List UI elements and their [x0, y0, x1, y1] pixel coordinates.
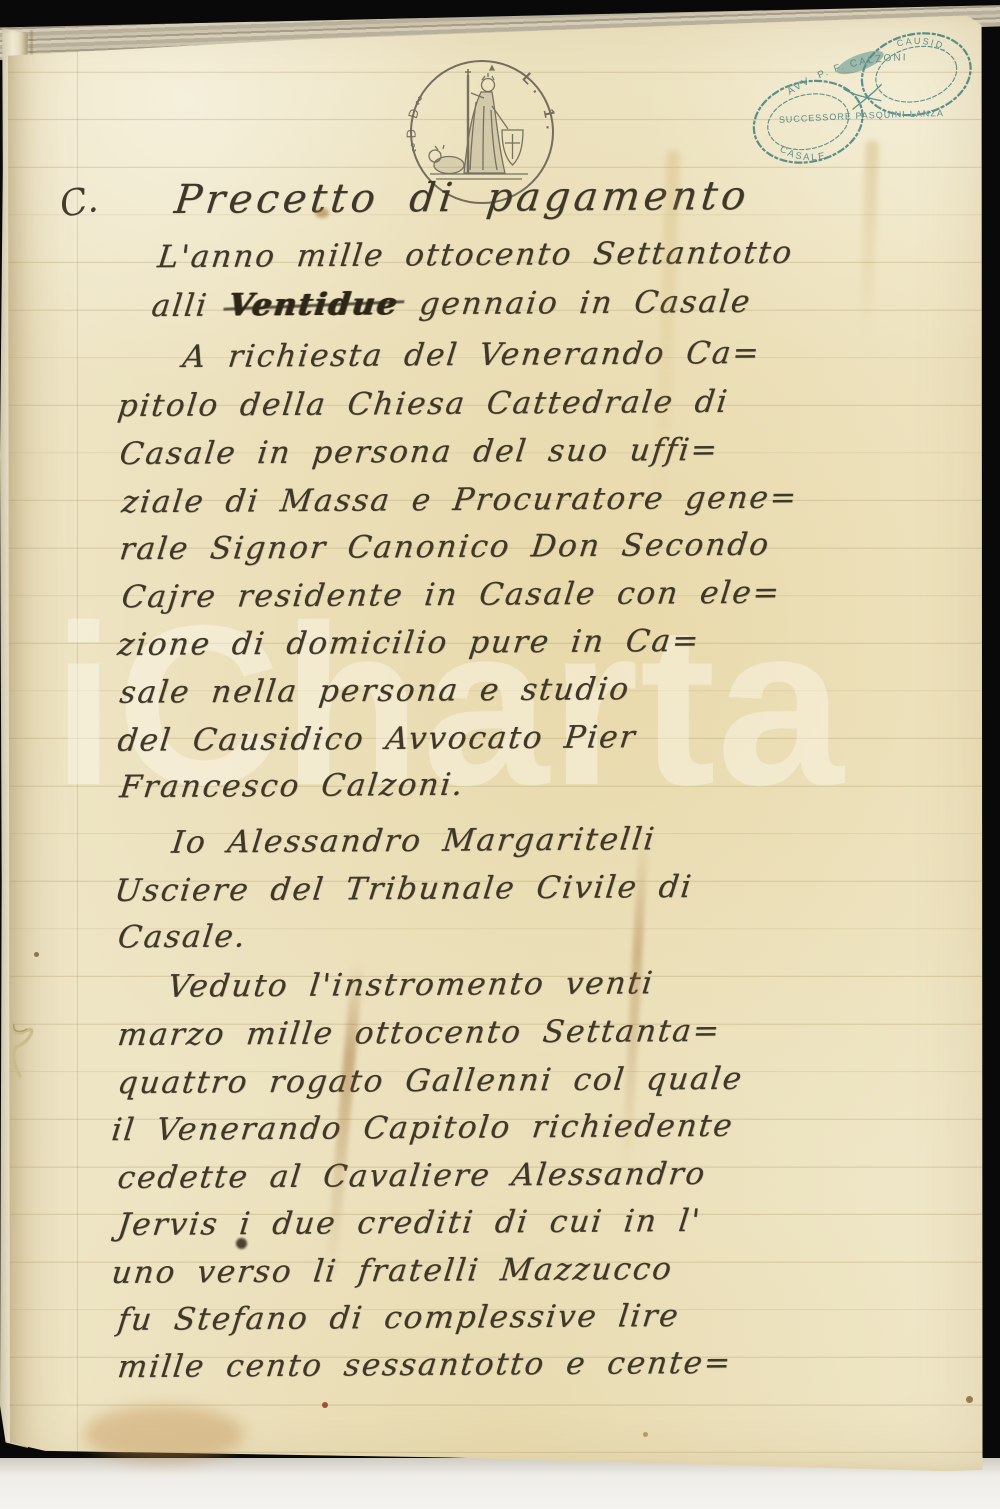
manuscript-line: quattro rogato Gallenni col quale	[116, 1064, 745, 1099]
manuscript-line: il Venerando Capitolo richiedente	[110, 1111, 735, 1146]
manuscript-line: ziale di Massa e Procuratore gene=	[120, 483, 800, 519]
manuscript-line: Io Alessandro Margaritelli	[170, 824, 658, 858]
manuscript-title-line: Precetto di pagamento	[172, 176, 751, 220]
manuscript-line: A richiesta del Venerando Ca=	[181, 338, 762, 373]
manuscript-line: Usciere del Tribunale Civile di	[113, 872, 694, 907]
manuscript-line: Veduto l'instromento venti	[166, 968, 656, 1002]
manuscript-line: uno verso li fratelli Mazzucco	[110, 1254, 675, 1289]
manuscript-line: marzo mille ottocento Settanta=	[116, 1016, 723, 1051]
manuscript-line: zione di domicilio pure in Ca=	[116, 626, 702, 661]
manuscript-line: del Causidico Avvocato Pier	[116, 722, 638, 757]
overwritten-word: Ventidue	[227, 286, 401, 323]
manuscript-line: rale Signor Canonico Don Secondo	[118, 530, 772, 566]
manuscript-line: mille cento sessantotto e cente=	[116, 1348, 734, 1383]
manuscript-line: sale nella persona e studio	[118, 674, 632, 709]
manuscript-date-line: L'anno mille ottocento Settantotto	[156, 238, 795, 273]
manuscript-text: C. Precetto di pagamento L'anno mille ot…	[0, 0, 1000, 1509]
manuscript-line: fu Stefano di complessive lire	[116, 1301, 681, 1336]
manuscript-line: Casale in persona del suo uffi=	[118, 435, 721, 470]
manuscript-line: Cajre residente in Casale con ele=	[120, 578, 783, 614]
margin-mark: C.	[57, 182, 100, 224]
manuscript-correction-line: alli Ventidue gennaio in Casale	[150, 287, 753, 322]
correction-suffix: gennaio in Casale	[397, 284, 754, 322]
manuscript-line: Francesco Calzoni.	[118, 770, 466, 803]
correction-prefix: alli	[150, 288, 231, 325]
manuscript-line: pitolo della Chiesa Cattedrale di	[116, 387, 730, 422]
manuscript-line: Casale.	[116, 922, 248, 954]
manuscript-line: cedette al Cavaliere Alessandro	[116, 1159, 708, 1194]
manuscript-line: Jervis i due crediti di cui in l'	[116, 1206, 703, 1241]
scan-background: { "seal": { "left_label": "∾D D∾", "deno…	[0, 0, 1000, 1509]
